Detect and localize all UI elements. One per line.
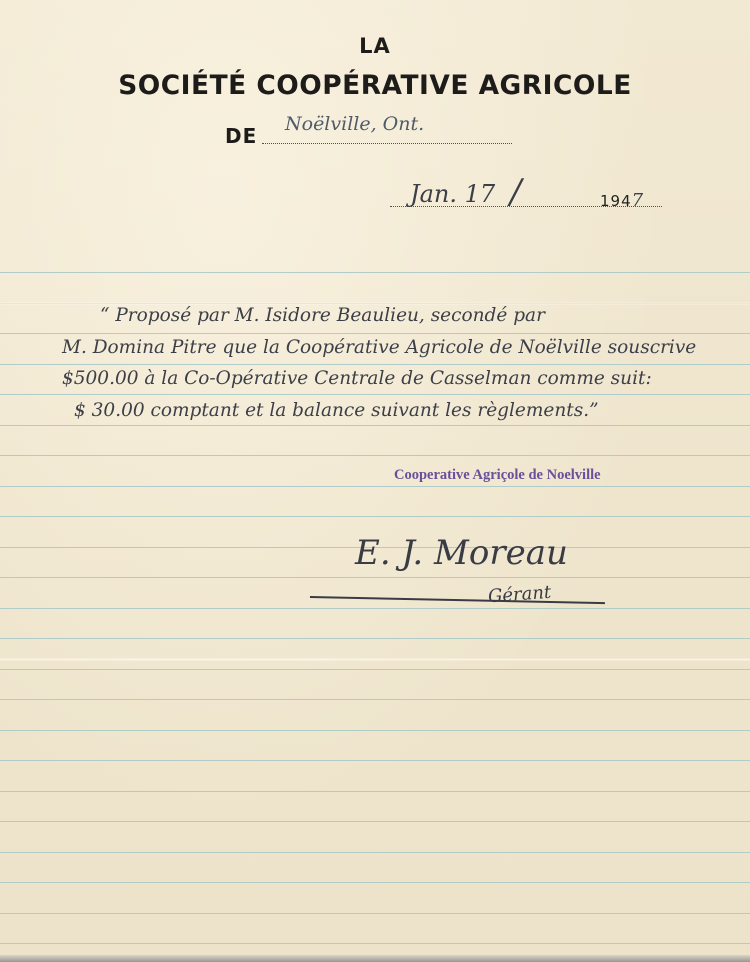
date-year: 1947 <box>600 190 644 211</box>
ruled-line <box>0 791 750 792</box>
location-dotted-line <box>262 143 512 144</box>
date-handwritten: Jan. 17 <box>410 180 495 208</box>
ruled-line <box>0 516 750 517</box>
ruled-line <box>0 760 750 761</box>
signature-title: Gérant <box>487 582 552 607</box>
ruled-line <box>0 364 750 365</box>
ruled-line <box>0 821 750 822</box>
letterhead-de-label: DE <box>225 124 257 148</box>
ruled-line <box>0 577 750 578</box>
ruled-line <box>0 730 750 731</box>
letterhead-organization: SOCIÉTÉ COOPÉRATIVE AGRICOLE <box>8 70 743 101</box>
signature-underline <box>310 596 605 604</box>
document-page: LA SOCIÉTÉ COOPÉRATIVE AGRICOLE DE Noëlv… <box>0 0 750 962</box>
ruled-line <box>0 852 750 853</box>
ruled-line <box>0 333 750 334</box>
resolution-line-3: $500.00 à la Co-Opérative Centrale de Ca… <box>62 368 652 389</box>
ruled-line <box>0 882 750 883</box>
ruled-line <box>0 638 750 639</box>
ruled-line <box>0 425 750 426</box>
page-bottom-edge <box>0 955 750 962</box>
location-handwritten: Noëlville, Ont. <box>285 113 424 135</box>
resolution-line-2: M. Domina Pitre que la Coopérative Agric… <box>62 337 696 358</box>
ruled-line <box>0 669 750 670</box>
ruled-line <box>0 943 750 944</box>
ruled-line <box>0 486 750 487</box>
date-slash: / <box>510 172 521 212</box>
year-printed: 194 <box>600 192 632 210</box>
ruled-line <box>0 608 750 609</box>
ruled-line <box>0 394 750 395</box>
ruled-line <box>0 455 750 456</box>
resolution-line-4: $ 30.00 comptant et la balance suivant l… <box>74 400 599 421</box>
cooperative-stamp: Cooperative Agriçole de Noelville <box>394 467 601 484</box>
year-handwritten-digit: 7 <box>632 190 644 211</box>
letterhead-article: LA <box>0 34 750 58</box>
resolution-line-1: “ Proposé par M. Isidore Beaulieu, secon… <box>100 305 545 326</box>
paper-fold <box>0 658 750 661</box>
ruled-line <box>0 699 750 700</box>
ruled-line <box>0 913 750 914</box>
ruled-line <box>0 272 750 273</box>
signature: E. J. Moreau <box>355 533 568 573</box>
